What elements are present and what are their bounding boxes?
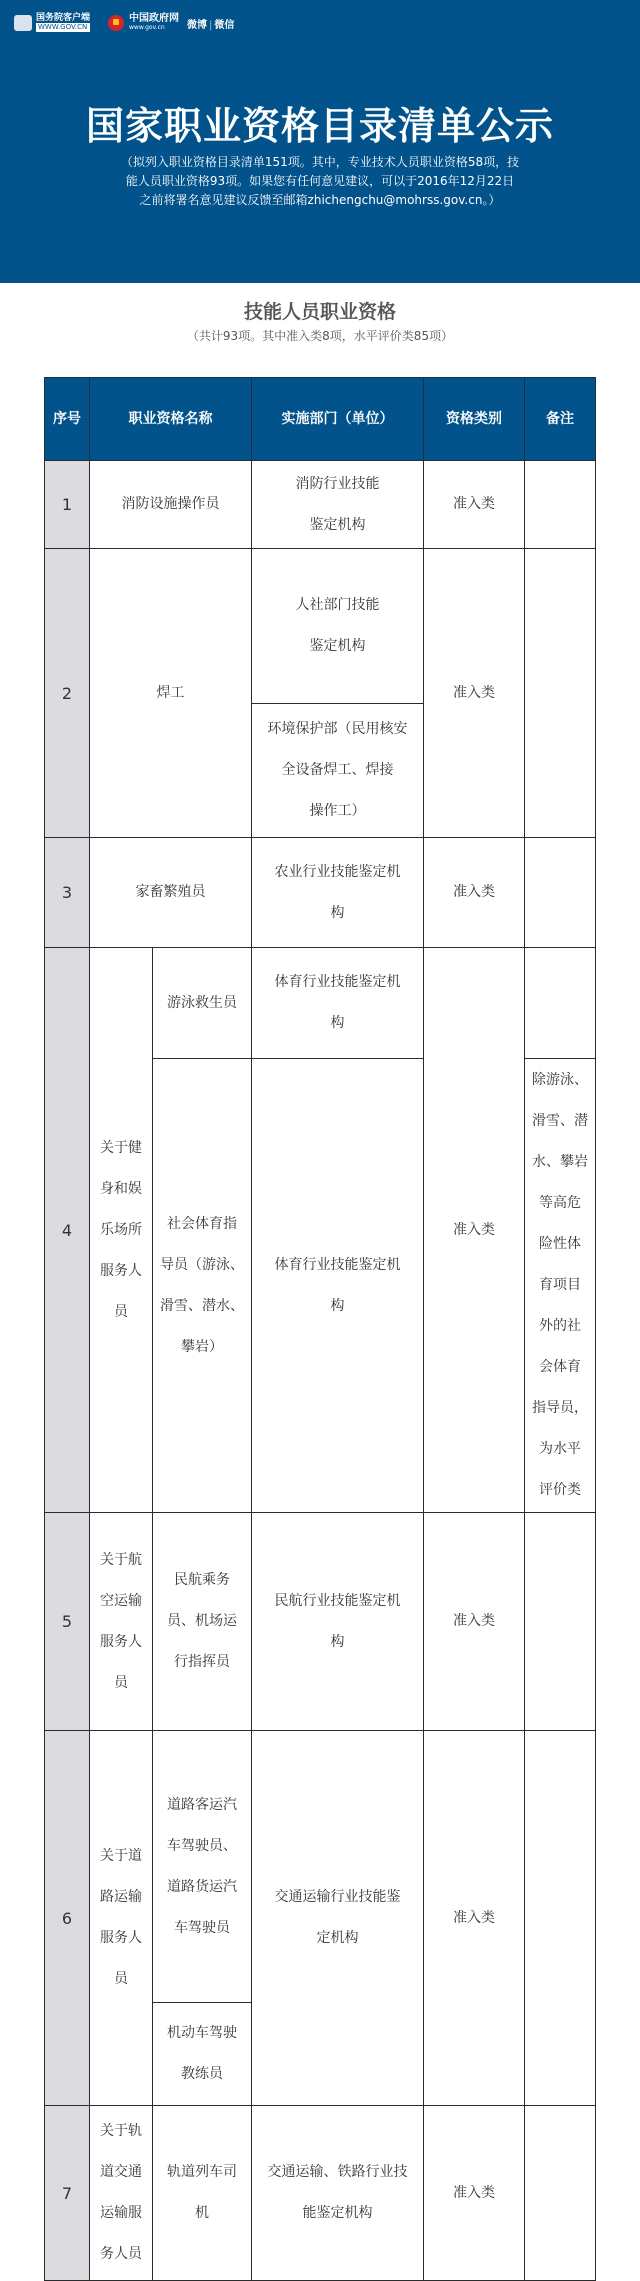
group-line: 道交通: [100, 2152, 142, 2193]
group-line: 服务人: [100, 1918, 142, 1959]
note-line: 滑雪、潜: [532, 1101, 588, 1142]
group-line: 员: [100, 1959, 142, 2000]
note-line: 水、攀岩: [532, 1142, 588, 1183]
qualification-name: 家畜繁殖员: [89, 837, 252, 948]
section-subtitle: （共计93项。其中准入类8项，水平评价类85项）: [0, 327, 640, 344]
dept-line: 构: [275, 1003, 401, 1044]
group-line: 服务人: [100, 1251, 142, 1292]
qualification-name: 民航乘务员、机场运行指挥员: [152, 1512, 252, 1731]
dept-line: 体育行业技能鉴定机: [275, 962, 401, 1003]
row-index: 7: [44, 2105, 90, 2281]
group-line: 关于健: [100, 1128, 142, 1169]
dept-line: 能鉴定机构: [268, 2193, 408, 2234]
qualification-name: 游泳救生员: [152, 947, 252, 1059]
category: 准入类: [423, 460, 525, 549]
intro-text: （拟列入职业资格目录清单151项。其中，专业技术人员职业资格58项，技 能人员职…: [105, 153, 535, 210]
dept-line: 交通运输、铁路行业技: [268, 2152, 408, 2193]
dept-line: 农业行业技能鉴定机: [275, 852, 401, 893]
note: [524, 1730, 596, 2106]
app-brand: 国务院客户端 WWW.GOV.CN: [36, 14, 90, 32]
qualification-group: 关于健身和娱乐场所服务人员: [89, 947, 153, 1513]
qualification-name: 消防设施操作员: [89, 460, 252, 549]
note-line: 评价类: [532, 1470, 588, 1511]
app-name: 国务院客户端: [36, 14, 90, 23]
group-line: 关于轨: [100, 2111, 142, 2152]
name-line: 道路客运汽: [167, 1785, 237, 1826]
category: 准入类: [423, 1730, 525, 2106]
qualification-name: 社会体育指导员（游泳、滑雪、潜水、攀岩）: [152, 1058, 252, 1513]
qualification-name: 机动车驾驶教练员: [152, 2002, 252, 2106]
page-title: 国家职业资格目录清单公示: [0, 95, 640, 150]
dept-line: 鉴定机构: [296, 505, 380, 546]
dept-line: 定机构: [275, 1918, 401, 1959]
name-line: 教练员: [167, 2054, 237, 2095]
weibo-link[interactable]: 微博: [187, 20, 207, 31]
group-line: 空运输: [100, 1581, 142, 1622]
national-emblem-icon: [108, 15, 124, 31]
dept-line: 人社部门技能: [296, 585, 380, 626]
group-line: 员: [100, 1663, 142, 1704]
note-line: 等高危: [532, 1183, 588, 1224]
name-line: 车驾驶员、: [167, 1826, 237, 1867]
row-index: 1: [44, 460, 90, 549]
col-header-name: 职业资格名称: [89, 377, 252, 461]
implementing-dept: 体育行业技能鉴定机构: [251, 1058, 424, 1513]
wechat-link[interactable]: 微信: [214, 20, 234, 31]
group-line: 员: [100, 1292, 142, 1333]
category: 准入类: [423, 2105, 525, 2281]
note: [524, 548, 596, 838]
name-line: 员、机场运: [167, 1601, 237, 1642]
group-line: 服务人: [100, 1622, 142, 1663]
note-line: 为水平: [532, 1429, 588, 1470]
implementing-dept: 消防行业技能鉴定机构: [251, 460, 424, 549]
category: 准入类: [423, 837, 525, 948]
note: 除游泳、滑雪、潜水、攀岩等高危险性体育项目外的社会体育指导员，为水平评价类: [524, 1058, 596, 1513]
intro-line: 能人员职业资格93项。如果您有任何意见建议，可以于2016年12月22日: [105, 172, 535, 191]
qualification-name: 轨道列车司机: [152, 2105, 252, 2281]
qualification-group: 关于航空运输服务人员: [89, 1512, 153, 1731]
note-line: 除游泳、: [532, 1060, 588, 1101]
note-line: 指导员，: [532, 1388, 588, 1429]
group-line: 身和娱: [100, 1169, 142, 1210]
group-line: 乐场所: [100, 1210, 142, 1251]
note: [524, 2105, 596, 2281]
dept-line: 民航行业技能鉴定机: [275, 1581, 401, 1622]
name-line: 攀岩）: [160, 1327, 244, 1368]
name-line: 车驾驶员: [167, 1908, 237, 1949]
category: 准入类: [423, 548, 525, 838]
implementing-dept: 人社部门技能鉴定机构: [251, 548, 424, 704]
group-line: 运输服: [100, 2193, 142, 2234]
dept-line: 构: [275, 893, 401, 934]
category: 准入类: [423, 1512, 525, 1731]
note-line: 会体育: [532, 1347, 588, 1388]
dept-line: 操作工）: [268, 791, 408, 832]
section-title: 技能人员职业资格: [0, 297, 640, 324]
header-banner: 国务院客户端 WWW.GOV.CN 中国政府网 www.gov.cn 微博|微信…: [0, 0, 640, 283]
group-line: 关于道: [100, 1836, 142, 1877]
implementing-dept: 环境保护部（民用核安全设备焊工、焊接操作工）: [251, 703, 424, 838]
dept-line: 交通运输行业技能鉴: [275, 1877, 401, 1918]
social-separator: |: [209, 20, 212, 31]
intro-line: 之前将署名意见建议反馈至邮箱zhichengchu@mohrss.gov.cn。…: [105, 191, 535, 210]
col-header-dept: 实施部门（单位）: [251, 377, 424, 461]
group-line: 路运输: [100, 1877, 142, 1918]
note-line: 外的社: [532, 1306, 588, 1347]
dept-line: 构: [275, 1622, 401, 1663]
dept-line: 鉴定机构: [296, 626, 380, 667]
row-index: 5: [44, 1512, 90, 1731]
implementing-dept: 交通运输行业技能鉴定机构: [251, 1730, 424, 2106]
qualification-name: 焊工: [89, 548, 252, 838]
name-line: 导员（游泳、: [160, 1245, 244, 1286]
dept-line: 环境保护部（民用核安: [268, 709, 408, 750]
note-line: 育项目: [532, 1265, 588, 1306]
note: [524, 460, 596, 549]
name-line: 机: [167, 2193, 237, 2234]
dept-line: 体育行业技能鉴定机: [275, 1245, 401, 1286]
implementing-dept: 交通运输、铁路行业技能鉴定机构: [251, 2105, 424, 2281]
dept-line: 构: [275, 1286, 401, 1327]
name-line: 轨道列车司: [167, 2152, 237, 2193]
col-header-note: 备注: [524, 377, 596, 461]
row-index: 4: [44, 947, 90, 1513]
gov-site-url: www.gov.cn: [129, 23, 179, 32]
gov-brand: 中国政府网 www.gov.cn: [129, 14, 179, 32]
row-index: 6: [44, 1730, 90, 2106]
category: 准入类: [423, 947, 525, 1513]
dept-line: 全设备焊工、焊接: [268, 750, 408, 791]
qualification-group: 关于道路运输服务人员: [89, 1730, 153, 2106]
app-logo-icon: [14, 15, 32, 31]
note: [524, 837, 596, 948]
implementing-dept: 体育行业技能鉴定机构: [251, 947, 424, 1059]
implementing-dept: 农业行业技能鉴定机构: [251, 837, 424, 948]
name-line: 机动车驾驶: [167, 2013, 237, 2054]
row-index: 2: [44, 548, 90, 838]
note: [524, 1512, 596, 1731]
group-line: 务人员: [100, 2234, 142, 2275]
implementing-dept: 民航行业技能鉴定机构: [251, 1512, 424, 1731]
note: [524, 947, 596, 1059]
app-url: WWW.GOV.CN: [36, 23, 90, 32]
social-links: 微博|微信: [187, 16, 234, 31]
col-header-index: 序号: [44, 377, 90, 461]
name-line: 社会体育指: [160, 1204, 244, 1245]
group-line: 关于航: [100, 1540, 142, 1581]
name-line: 道路货运汽: [167, 1867, 237, 1908]
name-line: 滑雪、潜水、: [160, 1286, 244, 1327]
intro-line: （拟列入职业资格目录清单151项。其中，专业技术人员职业资格58项，技: [105, 153, 535, 172]
dept-line: 消防行业技能: [296, 464, 380, 505]
name-line: 民航乘务: [167, 1560, 237, 1601]
row-index: 3: [44, 837, 90, 948]
gov-site-name: 中国政府网: [129, 14, 179, 23]
qualification-group: 关于轨道交通运输服务人员: [89, 2105, 153, 2281]
col-header-category: 资格类别: [423, 377, 525, 461]
note-line: 险性体: [532, 1224, 588, 1265]
top-brand-bar: 国务院客户端 WWW.GOV.CN 中国政府网 www.gov.cn 微博|微信: [14, 12, 234, 34]
qualification-name: 道路客运汽车驾驶员、道路货运汽车驾驶员: [152, 1730, 252, 2003]
name-line: 行指挥员: [167, 1642, 237, 1683]
